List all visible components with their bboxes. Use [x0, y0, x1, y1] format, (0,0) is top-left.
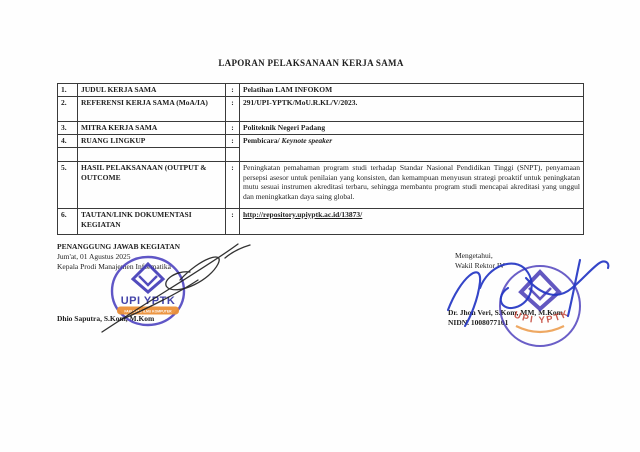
scope-text: Pembicara/ — [243, 136, 280, 145]
right-signatory-name-block: Dr. Jhon Veri, S.Kom, MM, M.Kom NIDN. 10… — [448, 308, 563, 328]
field-label: RUANG LINGKUP — [78, 135, 226, 148]
field-label: JUDUL KERJA SAMA — [78, 84, 226, 97]
field-label: MITRA KERJA SAMA — [78, 122, 226, 135]
field-colon: : — [226, 84, 240, 97]
page-title: LAPORAN PELAKSANAAN KERJA SAMA — [0, 58, 622, 68]
row-number: 1. — [58, 84, 78, 97]
cooperation-report-table: 1. JUDUL KERJA SAMA : Pelatihan LAM INFO… — [57, 83, 584, 235]
field-value: Pelatihan LAM INFOKOM — [240, 84, 584, 97]
table-row: 1. JUDUL KERJA SAMA : Pelatihan LAM INFO… — [58, 84, 584, 97]
row-number: 6. — [58, 209, 78, 235]
svg-text:FAKULTAS ILMU KOMPUTER: FAKULTAS ILMU KOMPUTER — [124, 309, 172, 313]
table-row: 2. REFERENSI KERJA SAMA (MoA/IA) : 291/U… — [58, 97, 584, 122]
left-signatory-name: Dhio Saputra, S.Kom, M.Kom — [57, 314, 154, 324]
scanned-report-page: LAPORAN PELAKSANAAN KERJA SAMA 1. JUDUL … — [0, 0, 640, 452]
field-value: Peningkatan pemahaman program studi terh… — [240, 162, 584, 209]
right-signatory-block: Mengetahui, Wakil Rektor IV — [455, 251, 505, 271]
table-row: 6. TAUTAN/LINK DOKUMENTASI KEGIATAN : ht… — [58, 209, 584, 235]
left-signatory-heading: PENANGGUNG JAWAB KEGIATAN — [57, 242, 180, 252]
field-label: TAUTAN/LINK DOKUMENTASI KEGIATAN — [78, 209, 226, 235]
left-signatory-role: Kepala Prodi Manajemen Informatika — [57, 262, 180, 272]
university-stamp-icon: UPI YPTK — [500, 266, 580, 346]
right-signatory-nidn: NIDN. 1008077101 — [448, 318, 563, 328]
field-colon: : — [226, 122, 240, 135]
table-row: 5. HASIL PELAKSANAAN (OUTPUT & OUTCOME :… — [58, 162, 584, 209]
field-value: Politeknik Negeri Padang — [240, 122, 584, 135]
field-value: 291/UPI-YPTK/MoU.R.KL/V/2023. — [240, 97, 584, 122]
field-label: HASIL PELAKSANAAN (OUTPUT & OUTCOME — [78, 162, 226, 209]
field-value: http://repository.upiyptk.ac.id/13873/ — [240, 209, 584, 235]
right-signatory-heading: Mengetahui, — [455, 251, 505, 261]
field-colon: : — [226, 209, 240, 235]
field-value: Pembicara/ Keynote speaker — [240, 135, 584, 162]
row-number: 5. — [58, 162, 78, 209]
row-number: 3. — [58, 122, 78, 135]
field-colon: : — [226, 97, 240, 122]
documentation-link[interactable]: http://repository.upiyptk.ac.id/13873/ — [243, 210, 362, 219]
left-signatory-date: Jum'at, 01 Agustus 2025 — [57, 252, 180, 262]
table-row: 4. RUANG LINGKUP : Pembicara/ Keynote sp… — [58, 135, 584, 148]
table-row: 3. MITRA KERJA SAMA : Politeknik Negeri … — [58, 122, 584, 135]
row-number: 2. — [58, 97, 78, 122]
field-colon: : — [226, 162, 240, 209]
field-colon — [226, 148, 240, 162]
right-signatory-name: Dr. Jhon Veri, S.Kom, MM, M.Kom — [448, 308, 563, 318]
field-label: REFERENSI KERJA SAMA (MoA/IA) — [78, 97, 226, 122]
row-number: 4. — [58, 135, 78, 148]
row-number — [58, 148, 78, 162]
field-label — [78, 148, 226, 162]
scope-text-italic: Keynote speaker — [282, 136, 333, 145]
left-signatory-block: PENANGGUNG JAWAB KEGIATAN Jum'at, 01 Agu… — [57, 242, 180, 272]
right-signatory-role: Wakil Rektor IV — [455, 261, 505, 271]
svg-text:UPI YPTK: UPI YPTK — [121, 295, 176, 307]
field-colon: : — [226, 135, 240, 148]
